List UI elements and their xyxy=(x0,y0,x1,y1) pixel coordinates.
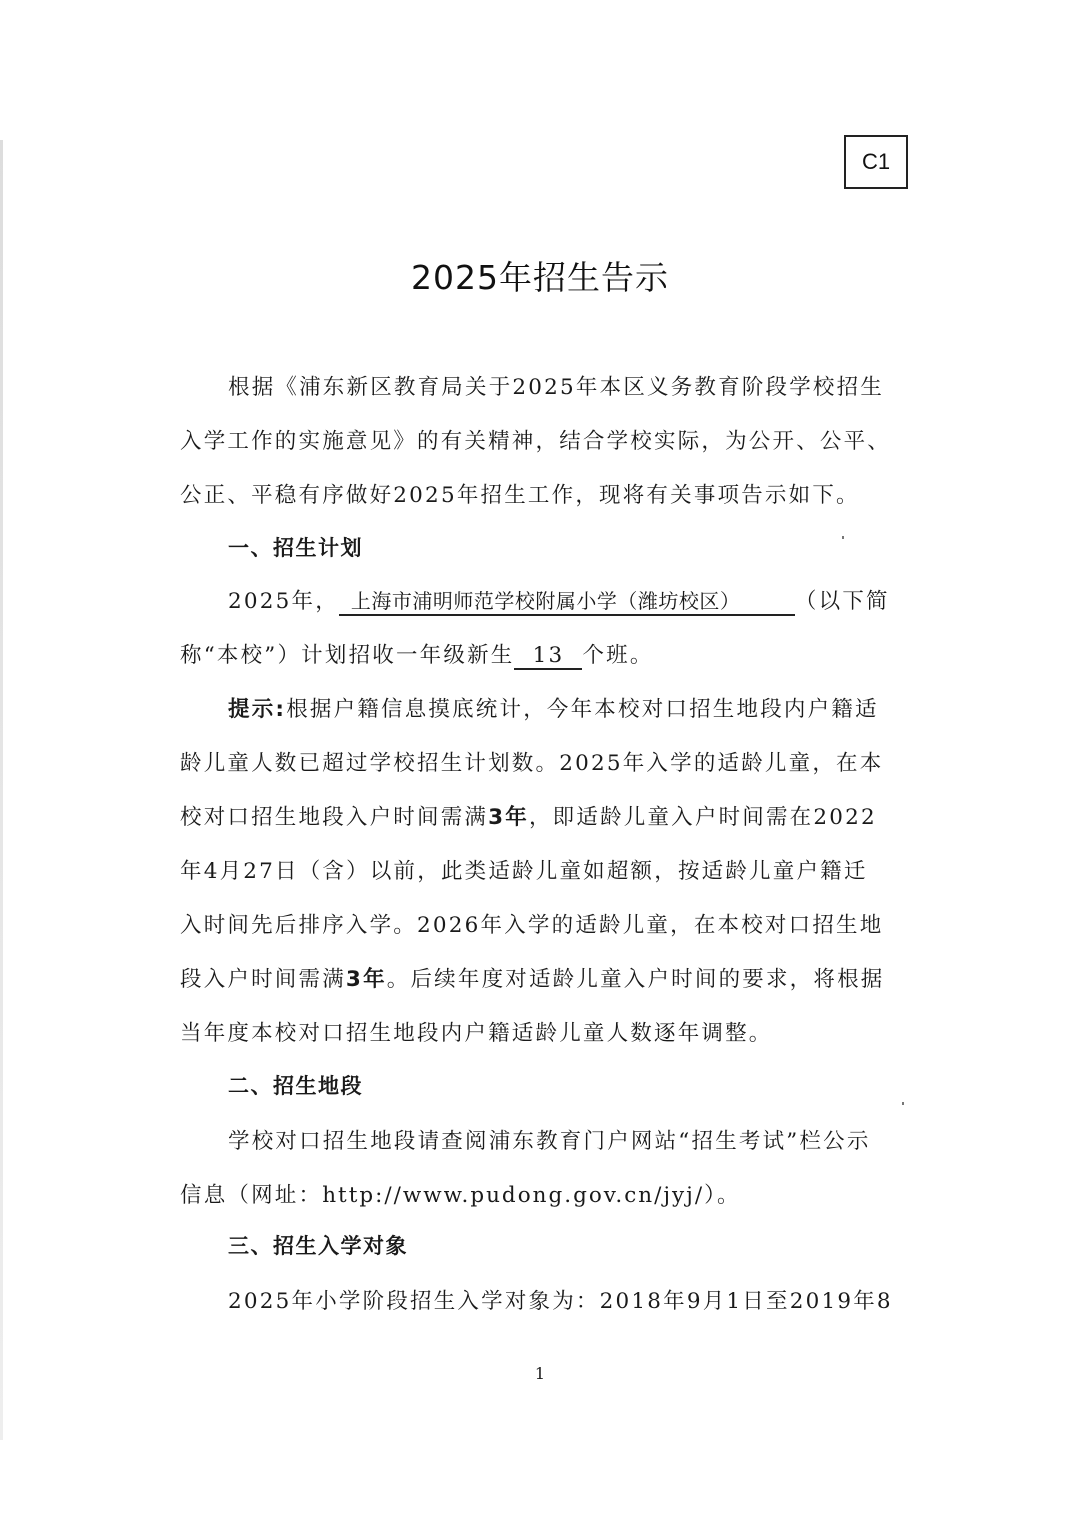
zone-line-2-suffix: ）。 xyxy=(704,1183,741,1208)
zone-line-2-prefix: 信息（网址： xyxy=(180,1183,322,1208)
page-title: 2025年招生告示 xyxy=(0,252,1080,299)
class-count-field: 13 xyxy=(514,643,582,670)
intro-line-3: 公正、平稳有序做好2025年招生工作，现将有关事项告示如下。 xyxy=(180,478,900,509)
website-url: http://www.pudong.gov.cn/jyj/ xyxy=(322,1183,704,1208)
school-name-field: 上海市浦明师范学校附属小学（潍坊校区） xyxy=(339,585,795,616)
tip-text-6b: 。后续年度对适龄儿童入户时间的要求，将根据 xyxy=(387,967,885,992)
tip-text-1: 根据户籍信息摸底统计，今年本校对口招生地段内户籍适 xyxy=(286,697,879,722)
targets-line-1: 2025年小学阶段招生入学对象为：2018年9月1日至2019年8 xyxy=(228,1284,948,1315)
tip-line-6: 段入户时间需满3年。后续年度对适龄儿童入户时间的要求，将根据 xyxy=(180,962,900,993)
section-heading-3: 三、招生入学对象 xyxy=(228,1230,948,1260)
page-number: 1 xyxy=(0,1364,1080,1383)
plan-line-2-prefix: 称“本校”）计划招收一年级新生 xyxy=(180,643,514,668)
tip-text-3a: 校对口招生地段入户时间需满 xyxy=(180,805,488,830)
scan-edge xyxy=(0,140,3,1440)
plan-line-2-suffix: 个班。 xyxy=(582,643,653,668)
plan-line-1: 2025年，上海市浦明师范学校附属小学（潍坊校区）（以下简 xyxy=(228,584,948,616)
tip-text-6a: 段入户时间需满 xyxy=(180,967,346,992)
tip-emphasis-3-years: 3年 xyxy=(488,805,529,830)
intro-line-2: 入学工作的实施意见》的有关精神，结合学校实际，为公开、公平、 xyxy=(180,424,900,455)
document-code-box: C1 xyxy=(844,135,908,189)
tip-label: 提示: xyxy=(228,697,286,722)
scan-speck xyxy=(902,1102,904,1105)
tip-text-3b: ，即适龄儿童入户时间需在2022 xyxy=(529,805,877,830)
intro-line-1: 根据《浦东新区教育局关于2025年本区义务教育阶段学校招生 xyxy=(228,370,948,401)
plan-line-1-suffix: （以下简 xyxy=(795,589,890,614)
tip-line-3: 校对口招生地段入户时间需满3年，即适龄儿童入户时间需在2022 xyxy=(180,800,900,831)
zone-line-2: 信息（网址：http://www.pudong.gov.cn/jyj/）。 xyxy=(180,1178,900,1209)
tip-line-7: 当年度本校对口招生地段内户籍适龄儿童人数逐年调整。 xyxy=(180,1016,900,1047)
tip-line-4: 年4月27日（含）以前，此类适龄儿童如超额，按适龄儿童户籍迁 xyxy=(180,854,900,885)
zone-line-1: 学校对口招生地段请查阅浦东教育门户网站“招生考试”栏公示 xyxy=(228,1124,948,1155)
plan-line-2: 称“本校”）计划招收一年级新生13个班。 xyxy=(180,638,900,670)
tip-line-1: 提示:根据户籍信息摸底统计，今年本校对口招生地段内户籍适 xyxy=(228,692,948,723)
plan-year-prefix: 2025年， xyxy=(228,589,339,614)
tip-line-5: 入时间先后排序入学。2026年入学的适龄儿童，在本校对口招生地 xyxy=(180,908,900,939)
scan-speck xyxy=(842,536,844,539)
section-heading-1: 一、招生计划 xyxy=(228,532,948,562)
tip-line-2: 龄儿童人数已超过学校招生计划数。2025年入学的适龄儿童，在本 xyxy=(180,746,900,777)
section-heading-2: 二、招生地段 xyxy=(228,1070,948,1100)
tip-emphasis-3-years-2026: 3年 xyxy=(346,967,387,992)
